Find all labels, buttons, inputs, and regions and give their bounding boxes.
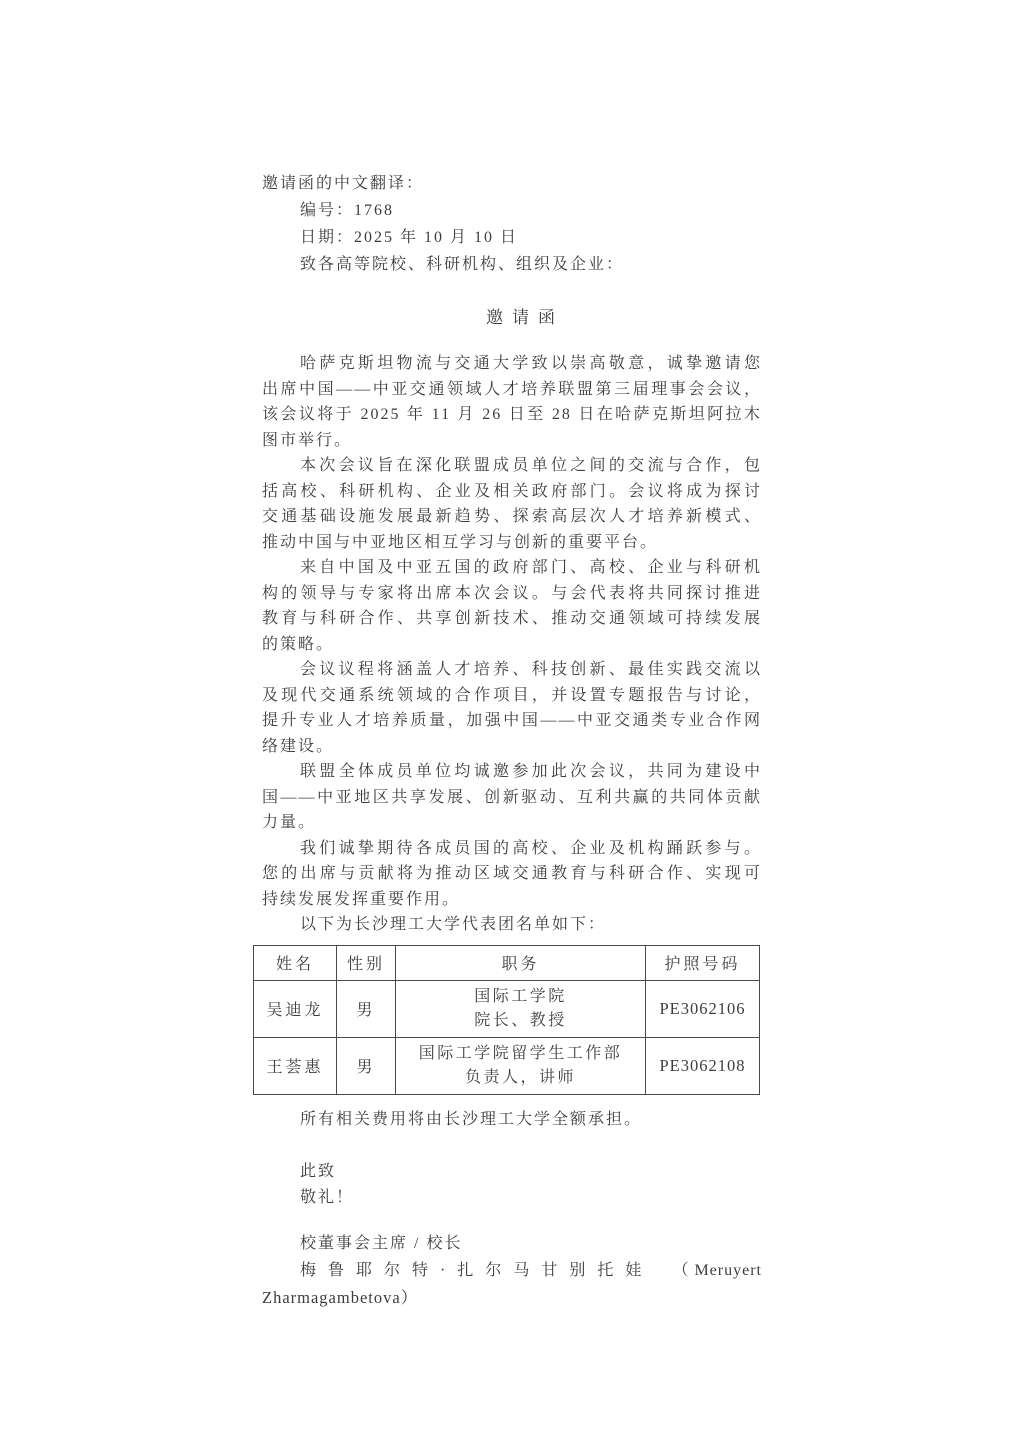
signature-name-line-1: 梅鲁耶尔特·扎尔马甘别托娃 （ Meruyert (300, 1257, 762, 1284)
position-line: 国际工学院留学生工作部 (396, 1042, 645, 1066)
closing-cizhi: 此致 (300, 1159, 762, 1185)
paragraph-line: 出席中国——中亚交通领域人才培养联盟第三届理事会会议， (262, 377, 762, 403)
paragraph-line: 我们诚挚期待各成员国的高校、企业及机构踊跃参与。 (262, 836, 762, 862)
closing-block: 此致 敬礼！ (262, 1159, 762, 1211)
paragraph-line: 力量。 (262, 810, 762, 836)
table-header-cell: 姓名 (254, 945, 337, 980)
delegation-table: 姓名性别职务护照号码 吴迪龙男国际工学院院长、教授PE3062106王荟惠男国际… (253, 945, 760, 1095)
document-page: 邀请函的中文翻译： 编号：1768 日期：2025 年 10 月 10 日 致各… (0, 0, 1024, 1448)
paragraph-line: 持续发展发挥重要作用。 (262, 887, 762, 913)
paragraph-line: 络建设。 (262, 734, 762, 760)
paragraph-line: 以下为长沙理工大学代表团名单如下： (262, 912, 762, 938)
table-row: 吴迪龙男国际工学院院长、教授PE3062106 (254, 980, 760, 1037)
paragraph-line: 括高校、科研机构、企业及相关政府部门。会议将成为探讨 (262, 479, 762, 505)
body-paragraphs: 哈萨克斯坦物流与交通大学致以崇高敬意，诚挚邀请您出席中国——中亚交通领域人才培养… (262, 351, 762, 938)
cell-name: 王荟惠 (254, 1037, 337, 1094)
paragraph-line: 及现代交通系统领域的合作项目，并设置专题报告与讨论， (262, 683, 762, 709)
position-line: 国际工学院 (396, 985, 645, 1009)
table-header-cell: 职务 (396, 945, 646, 980)
paragraph-line: 构的领导与专家将出席本次会议。与会代表将共同探讨推进 (262, 581, 762, 607)
paragraph-line: 该会议将于 2025 年 11 月 26 日至 28 日在哈萨克斯坦阿拉木 (262, 402, 762, 428)
paragraph: 我们诚挚期待各成员国的高校、企业及机构踊跃参与。您的出席与贡献将为推动区域交通教… (262, 836, 762, 913)
paragraph: 哈萨克斯坦物流与交通大学致以崇高敬意，诚挚邀请您出席中国——中亚交通领域人才培养… (262, 351, 762, 453)
cell-passport: PE3062106 (646, 980, 760, 1037)
paragraph-line: 的策略。 (262, 632, 762, 658)
paragraph-line: 本次会议旨在深化联盟成员单位之间的交流与合作，包 (262, 453, 762, 479)
paragraph-line: 会议议程将涵盖人才培养、科技创新、最佳实践交流以 (262, 657, 762, 683)
after-table-note: 所有相关费用将由长沙理工大学全额承担。 (262, 1107, 762, 1133)
paragraph-line: 图市举行。 (262, 428, 762, 454)
closing-jingli: 敬礼！ (300, 1185, 762, 1211)
table-header-row: 姓名性别职务护照号码 (254, 945, 760, 980)
signature-role-line: 校董事会主席 / 校长 (300, 1231, 762, 1257)
table-header-cell: 性别 (337, 945, 396, 980)
cell-gender: 男 (337, 1037, 396, 1094)
meta-recipients-line: 致各高等院校、科研机构、组织及企业： (300, 251, 762, 278)
paragraph-line: 推动中国与中亚地区相互学习与创新的重要平台。 (262, 530, 762, 556)
signature-name-line-2: Zharmagambetova） (262, 1284, 762, 1311)
signature-block: 校董事会主席 / 校长 梅鲁耶尔特·扎尔马甘别托娃 （ Meruyert Zha… (262, 1231, 762, 1311)
paragraph: 以下为长沙理工大学代表团名单如下： (262, 912, 762, 938)
paragraph: 会议议程将涵盖人才培养、科技创新、最佳实践交流以及现代交通系统领域的合作项目，并… (262, 657, 762, 759)
cell-position: 国际工学院院长、教授 (396, 980, 646, 1037)
document-title: 邀请函 (262, 304, 762, 331)
paragraph-line: 提升专业人才培养质量，加强中国——中亚交通类专业合作网 (262, 708, 762, 734)
paragraph-line: 交通基础设施发展最新趋势、探索高层次人才培养新模式、 (262, 504, 762, 530)
paragraph-line: 联盟全体成员单位均诚邀参加此次会议，共同为建设中 (262, 759, 762, 785)
paragraph-line: 国——中亚地区共享发展、创新驱动、互利共赢的共同体贡献 (262, 785, 762, 811)
cell-position: 国际工学院留学生工作部负责人，讲师 (396, 1037, 646, 1094)
paragraph: 本次会议旨在深化联盟成员单位之间的交流与合作，包括高校、科研机构、企业及相关政府… (262, 453, 762, 555)
table-row: 王荟惠男国际工学院留学生工作部负责人，讲师PE3062108 (254, 1037, 760, 1094)
intro-line: 邀请函的中文翻译： (262, 170, 762, 197)
meta-date-line: 日期：2025 年 10 月 10 日 (300, 224, 762, 251)
signature-name-cjk: 梅鲁耶尔特·扎尔马甘别托娃 (300, 1257, 653, 1284)
meta-number-line: 编号：1768 (300, 197, 762, 224)
table-body: 吴迪龙男国际工学院院长、教授PE3062106王荟惠男国际工学院留学生工作部负责… (254, 980, 760, 1094)
cell-passport: PE3062108 (646, 1037, 760, 1094)
document-content: 邀请函的中文翻译： 编号：1768 日期：2025 年 10 月 10 日 致各… (262, 170, 762, 1311)
paragraph-line: 哈萨克斯坦物流与交通大学致以崇高敬意，诚挚邀请您 (262, 351, 762, 377)
cell-gender: 男 (337, 980, 396, 1037)
table-header-cell: 护照号码 (646, 945, 760, 980)
paragraph-line: 来自中国及中亚五国的政府部门、高校、企业与科研机 (262, 555, 762, 581)
paragraph: 来自中国及中亚五国的政府部门、高校、企业与科研机构的领导与专家将出席本次会议。与… (262, 555, 762, 657)
paragraph-line: 您的出席与贡献将为推动区域交通教育与科研合作、实现可 (262, 861, 762, 887)
signature-name-latin: （ Meruyert (672, 1257, 762, 1284)
cell-name: 吴迪龙 (254, 980, 337, 1037)
paragraph: 联盟全体成员单位均诚邀参加此次会议，共同为建设中国——中亚地区共享发展、创新驱动… (262, 759, 762, 836)
paragraph-line: 教育与科研合作、共享创新技术、推动交通领域可持续发展 (262, 606, 762, 632)
position-line: 负责人，讲师 (396, 1066, 645, 1090)
position-line: 院长、教授 (396, 1009, 645, 1033)
